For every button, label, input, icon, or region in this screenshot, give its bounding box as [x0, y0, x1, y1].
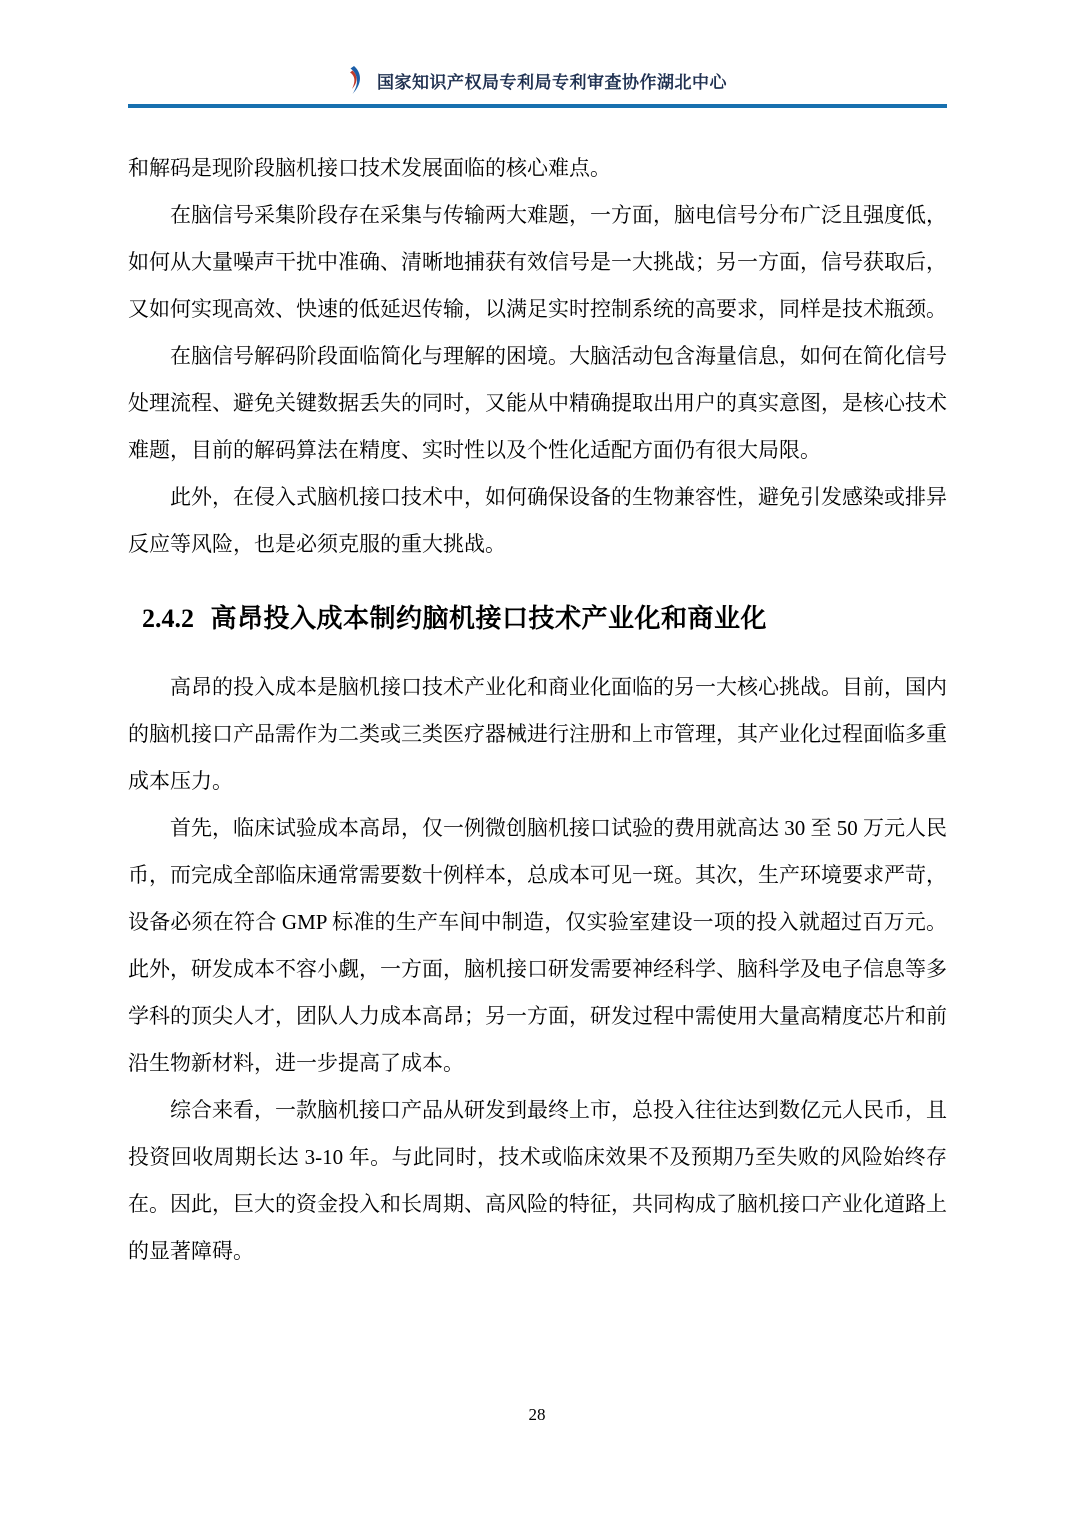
section-title: 高昂投入成本制约脑机接口技术产业化和商业化 — [211, 603, 768, 633]
section-heading: 2.4.2 高昂投入成本制约脑机接口技术产业化和商业化 — [142, 598, 947, 639]
body-paragraph: 综合来看，一款脑机接口产品从研发到最终上市，总投入往往达到数亿元人民币，且投资回… — [128, 1087, 947, 1275]
org-name: 国家知识产权局专利局专利审查协作湖北中心 — [377, 68, 727, 93]
page-number: 28 — [529, 1405, 546, 1424]
body-paragraph: 此外，在侵入式脑机接口技术中，如何确保设备的生物兼容性，避免引发感染或排异反应等… — [128, 474, 947, 568]
body-paragraph: 和解码是现阶段脑机接口技术发展面临的核心难点。 — [128, 145, 947, 192]
body-paragraph: 在脑信号解码阶段面临简化与理解的困境。大脑活动包含海量信息，如何在简化信号处理流… — [128, 333, 947, 474]
section-number: 2.4.2 — [142, 604, 194, 633]
body-paragraph: 高昂的投入成本是脑机接口技术产业化和商业化面临的另一大核心挑战。目前，国内的脑机… — [128, 664, 947, 805]
body-paragraph: 在脑信号采集阶段存在采集与传输两大难题，一方面，脑电信号分布广泛且强度低，如何从… — [128, 192, 947, 333]
body-paragraph: 首先，临床试验成本高昂，仅一例微创脑机接口试验的费用就高达 30 至 50 万元… — [128, 805, 947, 1087]
page-header: 国家知识产权局专利局专利审查协作湖北中心 — [0, 0, 1074, 108]
document-body: 和解码是现阶段脑机接口技术发展面临的核心难点。 在脑信号采集阶段存在采集与传输两… — [128, 145, 947, 1275]
patent-office-logo-icon — [347, 66, 364, 94]
page-footer: 28 — [0, 1405, 1074, 1425]
document-page: 国家知识产权局专利局专利审查协作湖北中心 和解码是现阶段脑机接口技术发展面临的核… — [0, 0, 1074, 1520]
header-divider-rule — [128, 104, 947, 108]
header-org-row: 国家知识产权局专利局专利审查协作湖北中心 — [0, 0, 1074, 96]
